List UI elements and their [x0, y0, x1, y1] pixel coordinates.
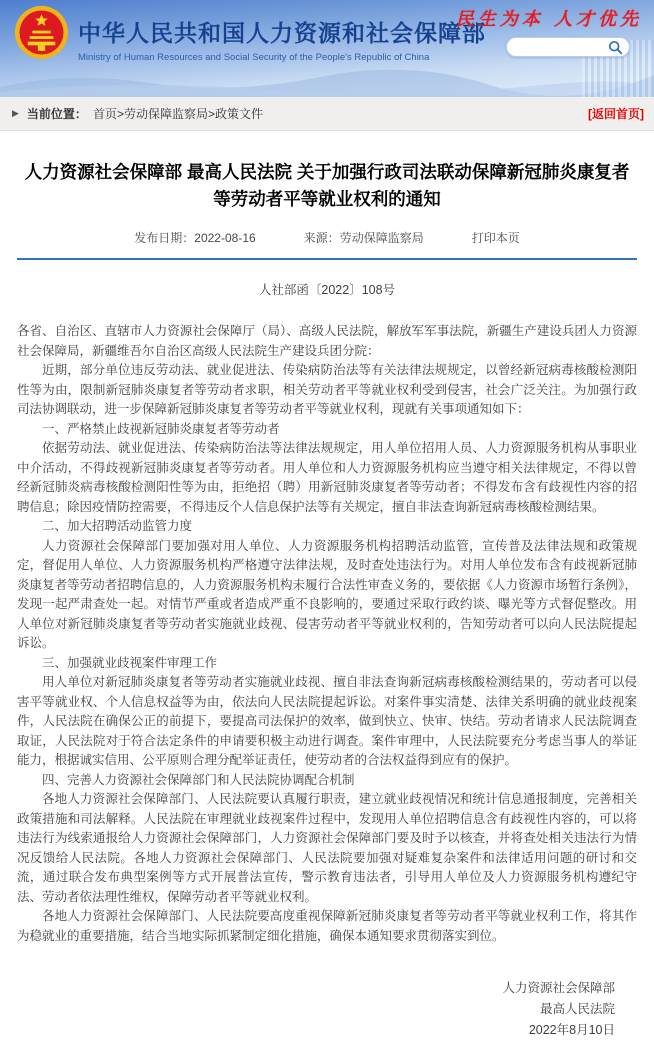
body-paragraph: 近期，部分单位违反劳动法、就业促进法、传染病防治法等有关法律法规规定，以曾经新冠… [17, 361, 637, 420]
publish-date-label: 发布日期： [134, 231, 194, 245]
site-header: 中华人民共和国人力资源和社会保障部 Ministry of Human Reso… [0, 0, 654, 97]
signature-date: 2022年8月10日 [17, 1020, 615, 1041]
publish-date-value: 2022-08-16 [194, 231, 255, 245]
body-paragraph: 人力资源社会保障部门要加强对用人单位、人力资源服务机构招聘活动监管，宣传普及法律… [17, 537, 637, 654]
search-icon[interactable] [608, 40, 623, 55]
body-paragraph: 依据劳动法、就业促进法、传染病防治法等法律法规规定，用人单位招用人员、人力资源服… [17, 439, 637, 517]
source: 来源：劳动保障监察局 [304, 229, 424, 246]
body-paragraph: 各地人力资源社会保障部门、人民法院要认真履行职责，建立就业歧视情况和统计信息通报… [17, 790, 637, 907]
signature-org-1: 人力资源社会保障部 [17, 978, 615, 999]
body-paragraph: 用人单位对新冠肺炎康复者等劳动者实施就业歧视、擅自非法查询新冠病毒核酸检测结果的… [17, 673, 637, 771]
section-heading-1: 一、严格禁止歧视新冠肺炎康复者等劳动者 [17, 420, 637, 440]
publish-date: 发布日期：2022-08-16 [134, 229, 255, 246]
source-label: 来源： [304, 231, 340, 245]
slogan-calligraphy: 民生为本 人才优先 [456, 5, 642, 31]
body-paragraph: 各地人力资源社会保障部门、人民法院要高度重视保障新冠肺炎康复者等劳动者平等就业权… [17, 907, 637, 946]
article-content: 人力资源社会保障部 最高人民法院 关于加强行政司法联动保障新冠肺炎康复者等劳动者… [0, 131, 654, 1063]
doc-number: 人社部函〔2022〕108号 [17, 280, 637, 298]
signature-org-2: 最高人民法院 [17, 999, 615, 1020]
ministry-title-block: 中华人民共和国人力资源和社会保障部 Ministry of Human Reso… [78, 15, 486, 63]
source-value: 劳动保障监察局 [340, 231, 424, 245]
section-heading-3: 三、加强就业歧视案件审理工作 [17, 654, 637, 674]
breadcrumb-path[interactable]: 首页>劳动保障监察局>政策文件 [93, 105, 263, 122]
section-heading-4: 四、完善人力资源社会保障部门和人民法院协调配合机制 [17, 771, 637, 791]
breadcrumb-arrow-icon: ▶ [12, 108, 19, 119]
page-title: 人力资源社会保障部 最高人民法院 关于加强行政司法联动保障新冠肺炎康复者等劳动者… [23, 159, 631, 213]
breadcrumb: ▶ 当前位置： 首页>劳动保障监察局>政策文件 [返回首页] [0, 97, 654, 131]
section-heading-2: 二、加大招聘活动监管力度 [17, 517, 637, 537]
ministry-subtitle-en: Ministry of Human Resources and Social S… [78, 52, 486, 63]
salutation-paragraph: 各省、自治区、直辖市人力资源社会保障厅（局）、高级人民法院，解放军军事法院，新疆… [17, 322, 637, 361]
print-page-link[interactable]: 打印本页 [472, 229, 520, 246]
page: 中华人民共和国人力资源和社会保障部 Ministry of Human Reso… [0, 0, 654, 1063]
return-home-link[interactable]: [返回首页] [588, 105, 644, 122]
search-box[interactable] [506, 37, 630, 57]
national-emblem-icon [14, 5, 69, 60]
mountain-graphic [0, 63, 654, 97]
breadcrumb-location-label: 当前位置： [27, 105, 87, 122]
title-divider [17, 258, 637, 260]
article-meta: 发布日期：2022-08-16 来源：劳动保障监察局 打印本页 [17, 229, 637, 246]
search-input[interactable] [516, 40, 608, 54]
signature-block: 人力资源社会保障部 最高人民法院 2022年8月10日 [17, 978, 637, 1041]
ministry-title: 中华人民共和国人力资源和社会保障部 [78, 15, 486, 48]
